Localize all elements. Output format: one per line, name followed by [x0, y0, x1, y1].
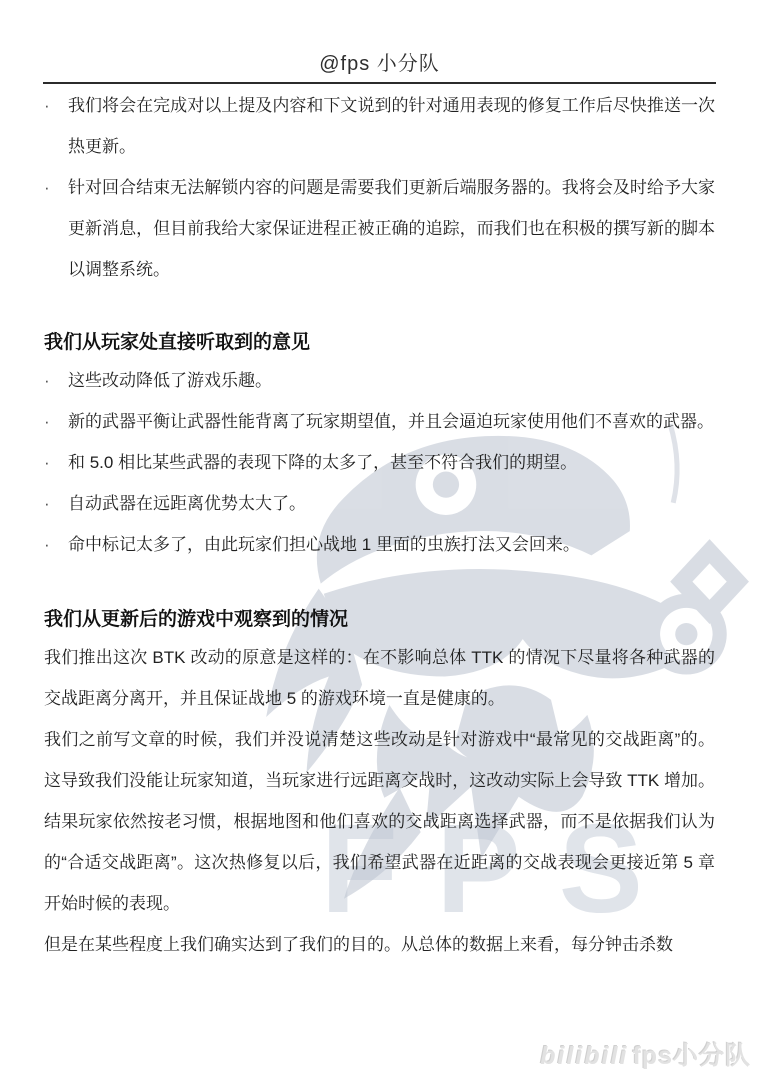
list-item-text: 新的武器平衡让武器性能背离了玩家期望值，并且会逼迫玩家使用他们不喜欢的武器。 — [68, 401, 715, 442]
bullet-marker: · — [44, 401, 68, 442]
paragraph: 我们推出这次 BTK 改动的原意是这样的：在不影响总体 TTK 的情况下尽量将各… — [44, 637, 715, 719]
list-item-text: 命中标记太多了，由此玩家们担心战地 1 里面的虫族打法又会回来。 — [68, 524, 715, 565]
list-item-text: 这些改动降低了游戏乐趣。 — [68, 360, 715, 401]
page-header: @fps 小分队 — [0, 0, 759, 84]
list-item: · 命中标记太多了，由此玩家们担心战地 1 里面的虫族打法又会回来。 — [44, 524, 715, 565]
author-byline: @fps 小分队 — [0, 50, 759, 78]
paragraph: 我们之前写文章的时候，我们并没说清楚这些改动是针对游戏中“最常见的交战距离”的。… — [44, 719, 715, 924]
list-item-text: 和 5.0 相比某些武器的表现下降的太多了，甚至不符合我们的期望。 — [68, 442, 715, 483]
bullet-marker: · — [44, 524, 68, 565]
list-item: · 这些改动降低了游戏乐趣。 — [44, 360, 715, 401]
section-heading-observations: 我们从更新后的游戏中观察到的情况 — [44, 605, 715, 635]
list-item: · 自动武器在远距离优势太大了。 — [44, 483, 715, 524]
bullet-marker: · — [44, 442, 68, 483]
paragraph: 但是在某些程度上我们确实达到了我们的目的。从总体的数据上来看，每分钟击杀数 — [44, 924, 715, 965]
list-item: · 我们将会在完成对以上提及内容和下文说到的针对通用表现的修复工作后尽快推送一次… — [44, 85, 715, 167]
bilibili-logo-text: bilibili — [540, 1042, 628, 1070]
bullet-marker: · — [44, 167, 68, 290]
bilibili-watermark: bilibilifps小分队 — [540, 1036, 751, 1072]
list-item-text: 针对回合结束无法解锁内容的问题是需要我们更新后端服务器的。我将会及时给予大家更新… — [68, 167, 715, 290]
bullet-marker: · — [44, 85, 68, 167]
list-item: · 针对回合结束无法解锁内容的问题是需要我们更新后端服务器的。我将会及时给予大家… — [44, 167, 715, 290]
bullet-marker: · — [44, 360, 68, 401]
section-heading-player-feedback: 我们从玩家处直接听取到的意见 — [44, 328, 715, 358]
list-item: · 新的武器平衡让武器性能背离了玩家期望值，并且会逼迫玩家使用他们不喜欢的武器。 — [44, 401, 715, 442]
list-item: · 和 5.0 相比某些武器的表现下降的太多了，甚至不符合我们的期望。 — [44, 442, 715, 483]
watermark-channel-name: fps小分队 — [632, 1042, 751, 1070]
bullet-marker: · — [44, 483, 68, 524]
list-item-text: 自动武器在远距离优势太大了。 — [68, 483, 715, 524]
document-page: FPS bilibilifps — [0, 0, 759, 1074]
article-body: · 我们将会在完成对以上提及内容和下文说到的针对通用表现的修复工作后尽快推送一次… — [0, 84, 759, 965]
list-item-text: 我们将会在完成对以上提及内容和下文说到的针对通用表现的修复工作后尽快推送一次热更… — [68, 85, 715, 167]
